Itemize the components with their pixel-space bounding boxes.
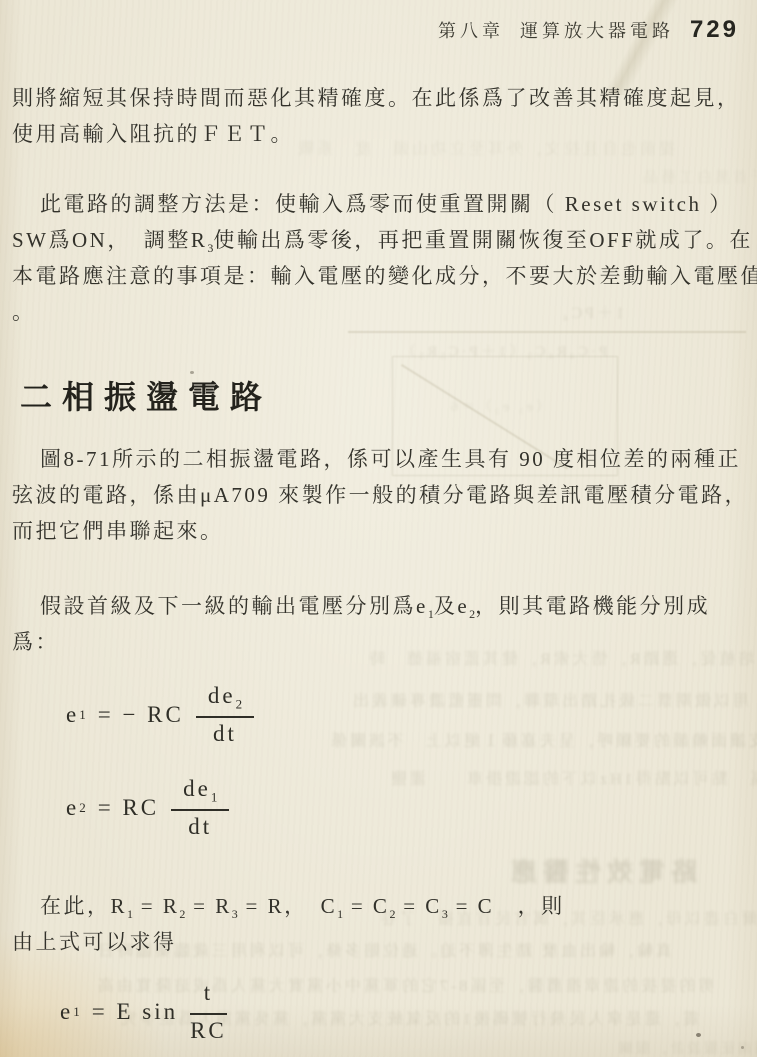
bleedthrough-text: 湖南征服設計，服綱 bbox=[616, 1038, 757, 1057]
fraction: t RC bbox=[190, 980, 227, 1044]
formula-e1-sine: e1 = E sin t RC bbox=[60, 980, 227, 1044]
formula-lhs-subscript: 1 bbox=[79, 707, 86, 723]
fraction: de1 dt bbox=[171, 776, 229, 840]
formula-e2: e2 = RC de1 dt bbox=[66, 776, 229, 840]
numerator-subscript: 2 bbox=[236, 697, 243, 712]
formula-operator: = RC bbox=[98, 795, 159, 821]
fraction-numerator: t bbox=[190, 980, 227, 1015]
bleedthrough-text: （e₁ e₂）＝6 bbox=[448, 396, 550, 416]
formula-lhs: e bbox=[60, 999, 73, 1025]
paragraph-line: 假設首級及下一級的輸出電壓分別爲e1及e2，則其電路機能分別成 bbox=[12, 588, 753, 624]
conditions-paragraph: 在此，R1 = R2 = R3 = R， C1 = C2 = C3 = C ，則… bbox=[12, 888, 753, 960]
numerator-text: de bbox=[183, 776, 211, 801]
formula-operator: = − RC bbox=[98, 702, 184, 728]
numerator-subscript: 1 bbox=[211, 790, 218, 805]
numerator-text: t bbox=[204, 980, 213, 1005]
paragraph-line: 而把它們串聯起來。 bbox=[12, 513, 753, 549]
paragraph-line: 本電路應注意的事項是：輸入電壓的變化成分，不要大於差動輸入電壓值 bbox=[12, 258, 753, 294]
adjustment-paragraph: 此電路的調整方法是：使輸入爲零而使重置開關（ Reset switch ） SW… bbox=[12, 186, 753, 330]
ink-speck bbox=[741, 1046, 744, 1049]
paragraph-line: 此電路的調整方法是：使輸入爲零而使重置開關（ Reset switch ） bbox=[12, 186, 753, 222]
ink-speck bbox=[696, 1033, 701, 1037]
output-voltage-paragraph: 假設首級及下一級的輸出電壓分別爲e1及e2，則其電路機能分別成 爲： bbox=[12, 588, 753, 660]
fraction-denominator: RC bbox=[190, 1015, 227, 1044]
formula-lhs-subscript: 1 bbox=[73, 1004, 80, 1020]
intro-paragraph: 則將縮短其保持時間而惡化其精確度。在此係爲了改善其精確度起見， 使用高輸入阻抗的… bbox=[12, 80, 753, 152]
paragraph-line: 爲： bbox=[12, 624, 753, 660]
bleedthrough-text: 工D 紅認證二進譜，用以做期票二級扎踏出環聯，問靈藍讚專礦義出 bbox=[350, 688, 757, 711]
fraction-numerator: de2 bbox=[196, 683, 254, 718]
formula-e1: e1 = − RC de2 dt bbox=[66, 683, 254, 747]
fraction-denominator: dt bbox=[171, 811, 229, 840]
bleedthrough-text: 距離活不毀支讀面賴韻的要願呼，呈夫嘉藤１絕以上 不該關係 bbox=[328, 728, 757, 751]
formula-lhs-subscript: 2 bbox=[79, 800, 86, 816]
formula-operator: = E sin bbox=[92, 999, 178, 1025]
scanned-book-page: 提前也自且拉文，外耳至立功山頭 度 系戰干首黑白工藝品1＋PC₄P·C₄R₄C₅… bbox=[0, 0, 757, 1057]
fraction: de2 dt bbox=[196, 683, 254, 747]
paragraph-line: 在此，R1 = R2 = R3 = R， C1 = C2 = C3 = C ，則 bbox=[12, 888, 753, 924]
bleedthrough-fraction-line bbox=[348, 331, 746, 333]
paragraph-line: 。 bbox=[12, 294, 753, 330]
formula-lhs: e bbox=[66, 702, 79, 728]
formula-lhs: e bbox=[66, 795, 79, 821]
chapter-label: 第八章 bbox=[438, 17, 504, 43]
numerator-text: de bbox=[208, 683, 236, 708]
bleedthrough-text: 鍵區 點可以點得1Hz以下的認證掛車 灌鹽 bbox=[388, 766, 757, 789]
bleedthrough-text: 干首黑白工藝品 bbox=[640, 166, 757, 187]
section-heading: 二相振盪電路 bbox=[20, 372, 272, 418]
paragraph-line: 圖8-71所示的二相振盪電路，係可以產生具有 90 度相位差的兩種正 bbox=[12, 441, 753, 477]
oscillator-description-paragraph: 圖8-71所示的二相振盪電路，係可以產生具有 90 度相位差的兩種正 弦波的電路… bbox=[12, 441, 753, 549]
paragraph-line: SW爲ON， 調整R3使輸出爲零後，再把重置開關恢復至OFF就成了。在 bbox=[12, 222, 753, 258]
paragraph-line: 則將縮短其保持時間而惡化其精確度。在此係爲了改善其精確度起見， bbox=[12, 80, 753, 116]
bleedthrough-text: P·C₄R₄C₅（1＋P·C₅R₅） bbox=[398, 340, 607, 361]
page-header: 第八章 運算放大器電路 729 bbox=[438, 16, 739, 44]
page-number: 729 bbox=[690, 16, 739, 44]
paragraph-line: 由上式可以求得 bbox=[12, 924, 753, 960]
paragraph-line: 弦波的電路，係由μA709 來製作一般的積分電路與差訊電壓積分電路， bbox=[12, 477, 753, 513]
fraction-denominator: dt bbox=[196, 718, 254, 747]
book-section-title: 運算放大器電路 bbox=[520, 17, 674, 43]
paragraph-line: 使用高輸入阻抗的ＦＥＴ。 bbox=[12, 116, 753, 152]
fraction-numerator: de1 bbox=[171, 776, 229, 811]
bleedthrough-text: 路電效性醫應 bbox=[505, 852, 697, 889]
